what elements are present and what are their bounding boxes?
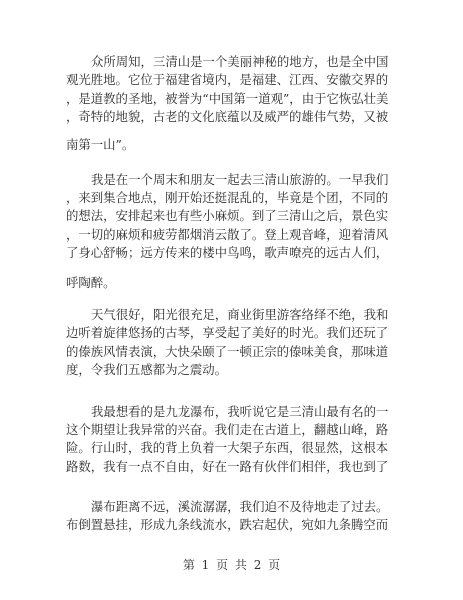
page-number-footer: 第 1 页 共 2 页 [0, 556, 463, 574]
text-line: ，奇特的地貌，古老的文化底蕴以及威严的雄伟气势，又被誉为“东 [66, 108, 388, 126]
text-line: 瀑布距离不远，溪流潺潺，我们迫不及待地走了过去。一整排瀑 [91, 498, 388, 516]
text-line: ，一切的麻烦和疲劳都烟消云散了。登上观音峰，迎着清风，我感到 [66, 226, 388, 244]
text-line: 众所周知，三清山是一个美丽神秘的地方，也是全中国最著名的 [91, 53, 388, 71]
text-line: ，是道教的圣地，被誉为“中国第一道观”，由于它恢弘壮美的山峰 [66, 90, 388, 108]
text-line: 这个期望让我异常的兴奋。我们走在古道上，翻越山峰，路途颇为艰 [66, 421, 388, 439]
text-line: 了身心舒畅；远方传来的楼中鸟鸣，歌声嘹亮的远古人们，它令我直 [66, 244, 388, 262]
text-line: 天气很好，阳光很充足，商业街里游客络绎不绝，我和朋友在路 [91, 306, 388, 324]
text-line: 布倒置悬挂，形成九条线流水，跌宕起伏，宛如九条腾空而起的巨龙 [66, 516, 388, 534]
text-line: 度，令我们五感都为之震动。 [66, 361, 388, 379]
text-line: 险。行山时，我的背上负着一大架子东西，很显然，这根本不是我的 [66, 439, 388, 457]
text-line: 我最想看的是九龙瀑布，我听说它是三清山最有名的一个景点， [91, 403, 388, 421]
text-line: 南第一山”。 [66, 136, 388, 154]
text-line: 观光胜地。它位于福建省境内，是福建、江西、安徽交界的一座山脉 [66, 71, 388, 89]
text-line: 边听着旋律悠扬的古琴，享受起了美好的时光。我们还玩了极富特色 [66, 324, 388, 342]
text-line: 的想法，安排起来也有些小麻烦。到了三清山之后，景色实在太美了 [66, 207, 388, 225]
text-line: 的傣族风情表演，大快朵颐了一顿正宗的傣味美食，那味道的美味程 [66, 343, 388, 361]
text-line: 呼陶醉。 [66, 274, 388, 292]
text-line: 我是在一个周末和朋友一起去三清山旅游的。一早我们早早起床 [91, 171, 388, 189]
text-line: 路数，我有一点不自由，好在一路有伙伴们相伴，我也到了目的地。 [66, 458, 388, 476]
document-page: 众所周知，三清山是一个美丽神秘的地方，也是全中国最著名的 观光胜地。它位于福建省… [0, 0, 463, 600]
text-line: ，来到集合地点，刚开始还挺混乱的，毕竟是个团，不同的人，不同 [66, 189, 388, 207]
